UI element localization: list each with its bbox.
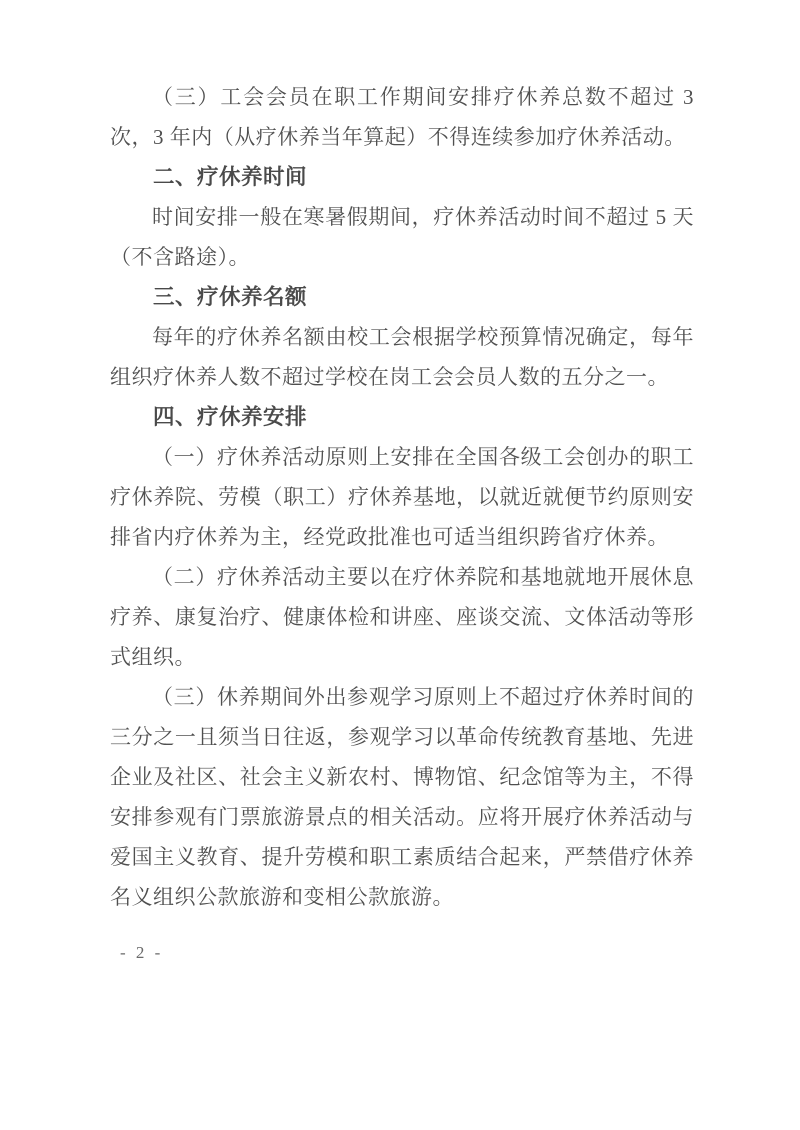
document-paragraph: （三）工会会员在职工作期间安排疗休养总数不超过 3 次，3 年内（从疗休养当年算… [110, 77, 694, 157]
document-paragraph: 时间安排一般在寒暑假期间，疗休养活动时间不超过 5 天（不含路途）。 [110, 197, 694, 277]
section-heading: 四、疗休养安排 [110, 397, 694, 437]
section-heading: 三、疗休养名额 [110, 277, 694, 317]
document-paragraph: 每年的疗休养名额由校工会根据学校预算情况确定，每年组织疗休养人数不超过学校在岗工… [110, 317, 694, 397]
page-number: - 2 - [120, 943, 163, 962]
document-page: （三）工会会员在职工作期间安排疗休养总数不超过 3 次，3 年内（从疗休养当年算… [0, 0, 800, 1130]
document-body: （三）工会会员在职工作期间安排疗休养总数不超过 3 次，3 年内（从疗休养当年算… [110, 77, 694, 917]
page-footer: - 2 - [110, 943, 694, 963]
document-paragraph: （二）疗休养活动主要以在疗休养院和基地就地开展休息疗养、康复治疗、健康体检和讲座… [110, 557, 694, 677]
document-paragraph: （一）疗休养活动原则上安排在全国各级工会创办的职工疗休养院、劳模（职工）疗休养基… [110, 437, 694, 557]
section-heading: 二、疗休养时间 [110, 157, 694, 197]
document-paragraph: （三）休养期间外出参观学习原则上不超过疗休养时间的三分之一且须当日往返，参观学习… [110, 677, 694, 917]
